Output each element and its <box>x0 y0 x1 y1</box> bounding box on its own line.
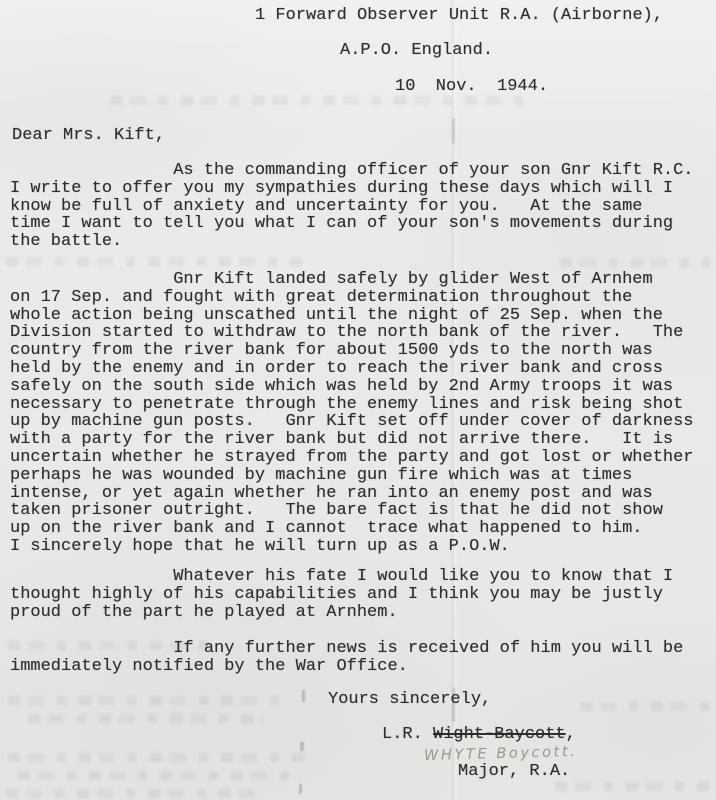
pencil-stray-mark <box>299 784 302 794</box>
paragraph-1: As the commanding officer of your son Gn… <box>10 162 694 251</box>
bleed-through-smudge <box>580 702 710 711</box>
bleed-through-smudge <box>560 258 710 267</box>
paragraph-3: Whatever his fate I would like you to kn… <box>10 568 673 621</box>
signature-rank-line: Major, R.A. <box>458 763 570 781</box>
header-unit-line: 1 Forward Observer Unit R.A. (Airborne), <box>255 7 663 25</box>
signature-typed-line: L.R. Wight-Baycott, <box>382 726 576 744</box>
signature-struck-name: Wight-Baycott <box>433 725 566 744</box>
pencil-stray-mark <box>302 690 305 702</box>
bleed-through-smudge <box>6 257 306 266</box>
letter-page: 1 Forward Observer Unit R.A. (Airborne),… <box>0 0 716 800</box>
paragraph-4: If any further news is received of him y… <box>10 640 683 676</box>
signature-prefix: L.R. <box>382 725 433 744</box>
bleed-through-smudge <box>18 771 298 780</box>
bleed-through-smudge <box>6 789 261 798</box>
paragraph-2: Gnr Kift landed safely by glider West of… <box>10 271 694 556</box>
bleed-through-smudge <box>110 96 530 105</box>
bleed-through-smudge <box>8 696 288 705</box>
closing: Yours sincerely, <box>328 691 491 709</box>
bleed-through-smudge <box>8 753 308 762</box>
bleed-through-smudge <box>28 714 263 723</box>
fold-crease-mark <box>452 118 455 144</box>
pencil-stray-mark <box>300 742 304 751</box>
salutation: Dear Mrs. Kift, <box>12 127 165 145</box>
bleed-through-smudge <box>555 782 710 791</box>
signature-comma: , <box>566 725 576 744</box>
header-date-line: 10 Nov. 1944. <box>395 78 548 96</box>
header-address-line: A.P.O. England. <box>340 42 493 60</box>
